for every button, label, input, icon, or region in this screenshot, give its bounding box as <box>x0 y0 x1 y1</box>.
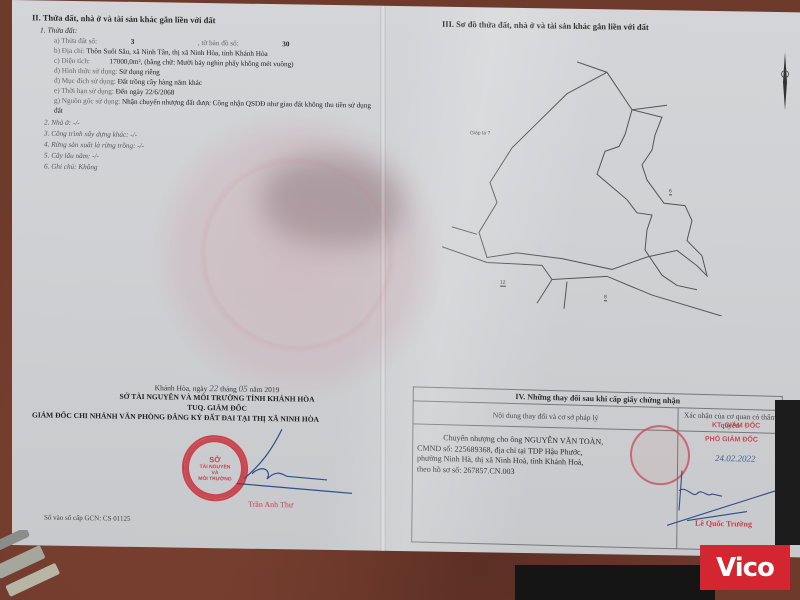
map-label-parcel-sw: 12 <box>500 280 506 287</box>
map-label-parcel-s: 8 <box>604 294 607 301</box>
origin-label: g) Nguồn gốc sử dụng: <box>54 96 120 107</box>
stamp-text-bottom: MÔI TRƯỜNG <box>198 475 231 482</box>
map-sheet-label: , tờ bản đồ số: <box>198 38 239 49</box>
month-prefix: tháng <box>220 384 237 393</box>
background-dark-area <box>515 565 715 600</box>
parcel-number-label: a) Thửa đất số: <box>54 36 97 47</box>
overprint-line1: KT. GIÁM ĐỐC <box>712 422 760 430</box>
watermark-brand: Vico <box>716 553 774 583</box>
confirmation-signer-name: Lê Quốc Trường <box>695 519 752 529</box>
map-label-road: Giáp ta ? <box>470 130 490 136</box>
issue-year: 2019 <box>264 385 279 394</box>
right-page: III. Sơ đồ thửa đất, nhà ở và tài sản kh… <box>432 19 792 38</box>
overprint-line2: PHÓ GIÁM ĐỐC <box>705 436 758 444</box>
map-label-parcel-east: 6 <box>669 188 672 195</box>
issuer-signer-name: Trần Anh Thư <box>248 500 293 510</box>
stamp-text-top: SỞ <box>209 455 220 464</box>
keys-icon <box>0 530 60 600</box>
background-right-edge <box>775 400 800 545</box>
address-label: b) Địa chỉ: <box>54 46 85 56</box>
issue-month: 05 <box>239 384 248 394</box>
registration-number: Số vào sổ cấp GCN: CS 01125 <box>44 514 130 523</box>
area-label: c) Diện tích: <box>54 56 90 67</box>
issue-day: 22 <box>209 383 218 393</box>
purpose-value: Đất trồng cây hàng năm khác <box>118 78 202 87</box>
use-form-value: Sử dụng riêng <box>119 68 160 77</box>
term-value: Đến ngày 22/6/2068 <box>116 88 175 97</box>
vico-watermark-logo: Vico <box>700 545 790 590</box>
issuer-signature-block: Khánh Hòa, ngày 22 tháng 05 năm 2019 SỞ … <box>47 381 387 426</box>
certificate-document: II. Thửa đất, nhà ở và tài sản khác gắn … <box>12 0 800 557</box>
parcel-number: 3 <box>131 38 135 46</box>
signature-left-icon <box>232 423 382 505</box>
parcel-boundary-map <box>442 52 782 317</box>
section-iii-title: III. Sơ đồ thửa đất, nhà ở và tài sản kh… <box>442 19 792 34</box>
map-sheet-number: 30 <box>282 40 289 48</box>
column-header-confirmation: Xác nhận của cơ quan có thẩm quyền <box>678 408 782 434</box>
left-page: II. Thửa đất, nhà ở và tài sản khác gắn … <box>32 12 377 177</box>
year-prefix: năm <box>250 385 263 394</box>
confirmation-date: 24.02.2022 <box>715 453 756 464</box>
parcel-diagram: Giáp ta ? 6 12 8 <box>442 52 782 317</box>
